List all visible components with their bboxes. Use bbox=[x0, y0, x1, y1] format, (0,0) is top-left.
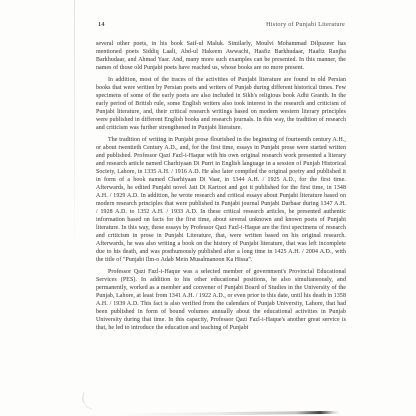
page-body-text: several other poets, in his book Saif-ul… bbox=[96, 41, 346, 333]
page-curl-mark bbox=[79, 392, 97, 410]
page-left-edge-shadow bbox=[74, 0, 75, 255]
paragraph: In addition, most of the traces of the a… bbox=[96, 77, 346, 133]
scanned-book-page: 14 History of Punjabi Literature several… bbox=[0, 0, 416, 416]
page-number: 14 bbox=[96, 21, 105, 28]
page-content: 14 History of Punjabi Literature several… bbox=[96, 21, 346, 337]
running-header-title: History of Punjabi Literature bbox=[266, 21, 346, 28]
running-header: 14 History of Punjabi Literature bbox=[96, 21, 346, 28]
paragraph: Professor Qazi Fazl-i-Haque was a select… bbox=[96, 269, 346, 333]
page-bottom-shadow bbox=[118, 410, 340, 416]
paragraph: The tradition of writing in Punjabi pros… bbox=[96, 137, 346, 264]
paragraph-continuation: several other poets, in his book Saif-ul… bbox=[96, 41, 346, 73]
